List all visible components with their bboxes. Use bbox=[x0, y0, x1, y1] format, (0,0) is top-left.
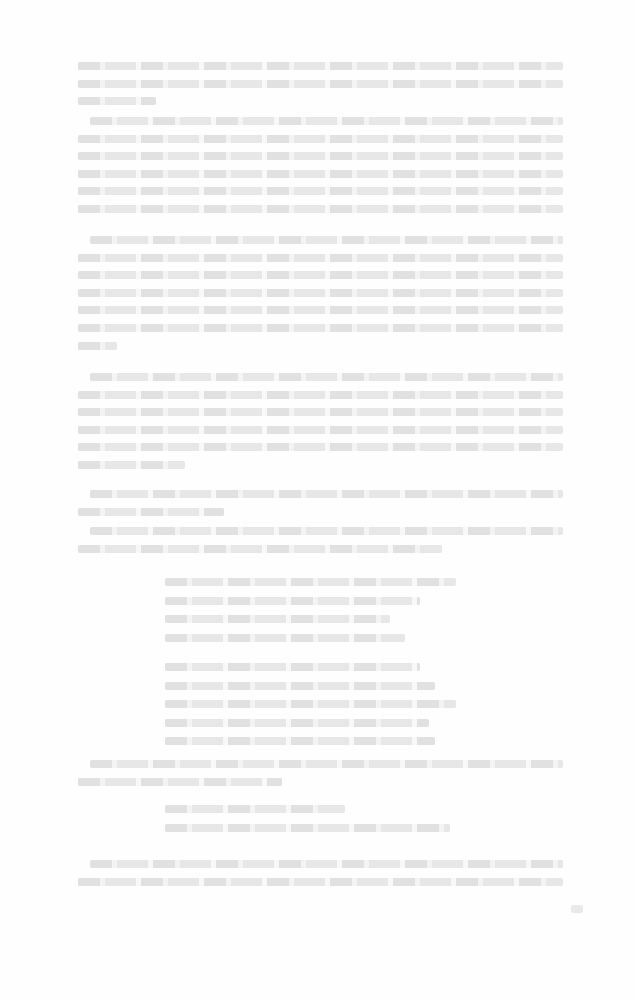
paragraph-4 bbox=[78, 373, 563, 479]
text-line bbox=[78, 80, 563, 88]
text-line bbox=[78, 205, 563, 213]
text-line bbox=[78, 426, 563, 434]
text-line bbox=[78, 135, 563, 143]
text-line bbox=[90, 117, 563, 125]
document-page bbox=[0, 0, 635, 1000]
list-item bbox=[165, 700, 456, 708]
list-item bbox=[165, 737, 435, 745]
list-item bbox=[165, 663, 420, 671]
text-line bbox=[90, 490, 563, 498]
page-number bbox=[571, 905, 583, 913]
paragraph-1 bbox=[78, 62, 563, 115]
text-line bbox=[78, 461, 185, 469]
list-item bbox=[165, 634, 405, 642]
text-line bbox=[78, 187, 563, 195]
text-line bbox=[78, 508, 224, 516]
text-line bbox=[90, 527, 563, 535]
text-line bbox=[78, 271, 563, 279]
text-line bbox=[78, 152, 563, 160]
text-line bbox=[90, 236, 563, 244]
text-line bbox=[78, 97, 156, 105]
list-1 bbox=[165, 578, 465, 652]
text-line bbox=[78, 342, 117, 350]
paragraph-2 bbox=[78, 117, 563, 223]
text-line bbox=[90, 860, 563, 868]
text-line bbox=[78, 778, 282, 786]
list-item bbox=[165, 824, 450, 832]
paragraph-after-lists bbox=[78, 760, 563, 795]
text-line bbox=[78, 289, 563, 297]
text-line bbox=[78, 62, 563, 70]
closing-paragraph bbox=[78, 860, 563, 895]
list-item bbox=[165, 578, 456, 586]
list-item bbox=[165, 682, 435, 690]
paragraph-3 bbox=[78, 236, 563, 359]
paragraph-5 bbox=[78, 490, 563, 525]
text-line bbox=[78, 306, 563, 314]
list-item bbox=[165, 719, 429, 727]
list-item bbox=[165, 597, 420, 605]
list-2 bbox=[165, 663, 465, 756]
list-item bbox=[165, 615, 390, 623]
text-line bbox=[78, 170, 563, 178]
text-line bbox=[78, 324, 563, 332]
list-item bbox=[165, 805, 345, 813]
text-line bbox=[90, 760, 563, 768]
text-line bbox=[78, 443, 563, 451]
list-3 bbox=[165, 805, 465, 842]
text-line bbox=[78, 545, 442, 553]
text-line bbox=[78, 254, 563, 262]
text-line bbox=[90, 373, 563, 381]
text-line bbox=[78, 391, 563, 399]
text-line bbox=[78, 878, 563, 886]
text-line bbox=[78, 408, 563, 416]
paragraph-6 bbox=[78, 527, 563, 562]
